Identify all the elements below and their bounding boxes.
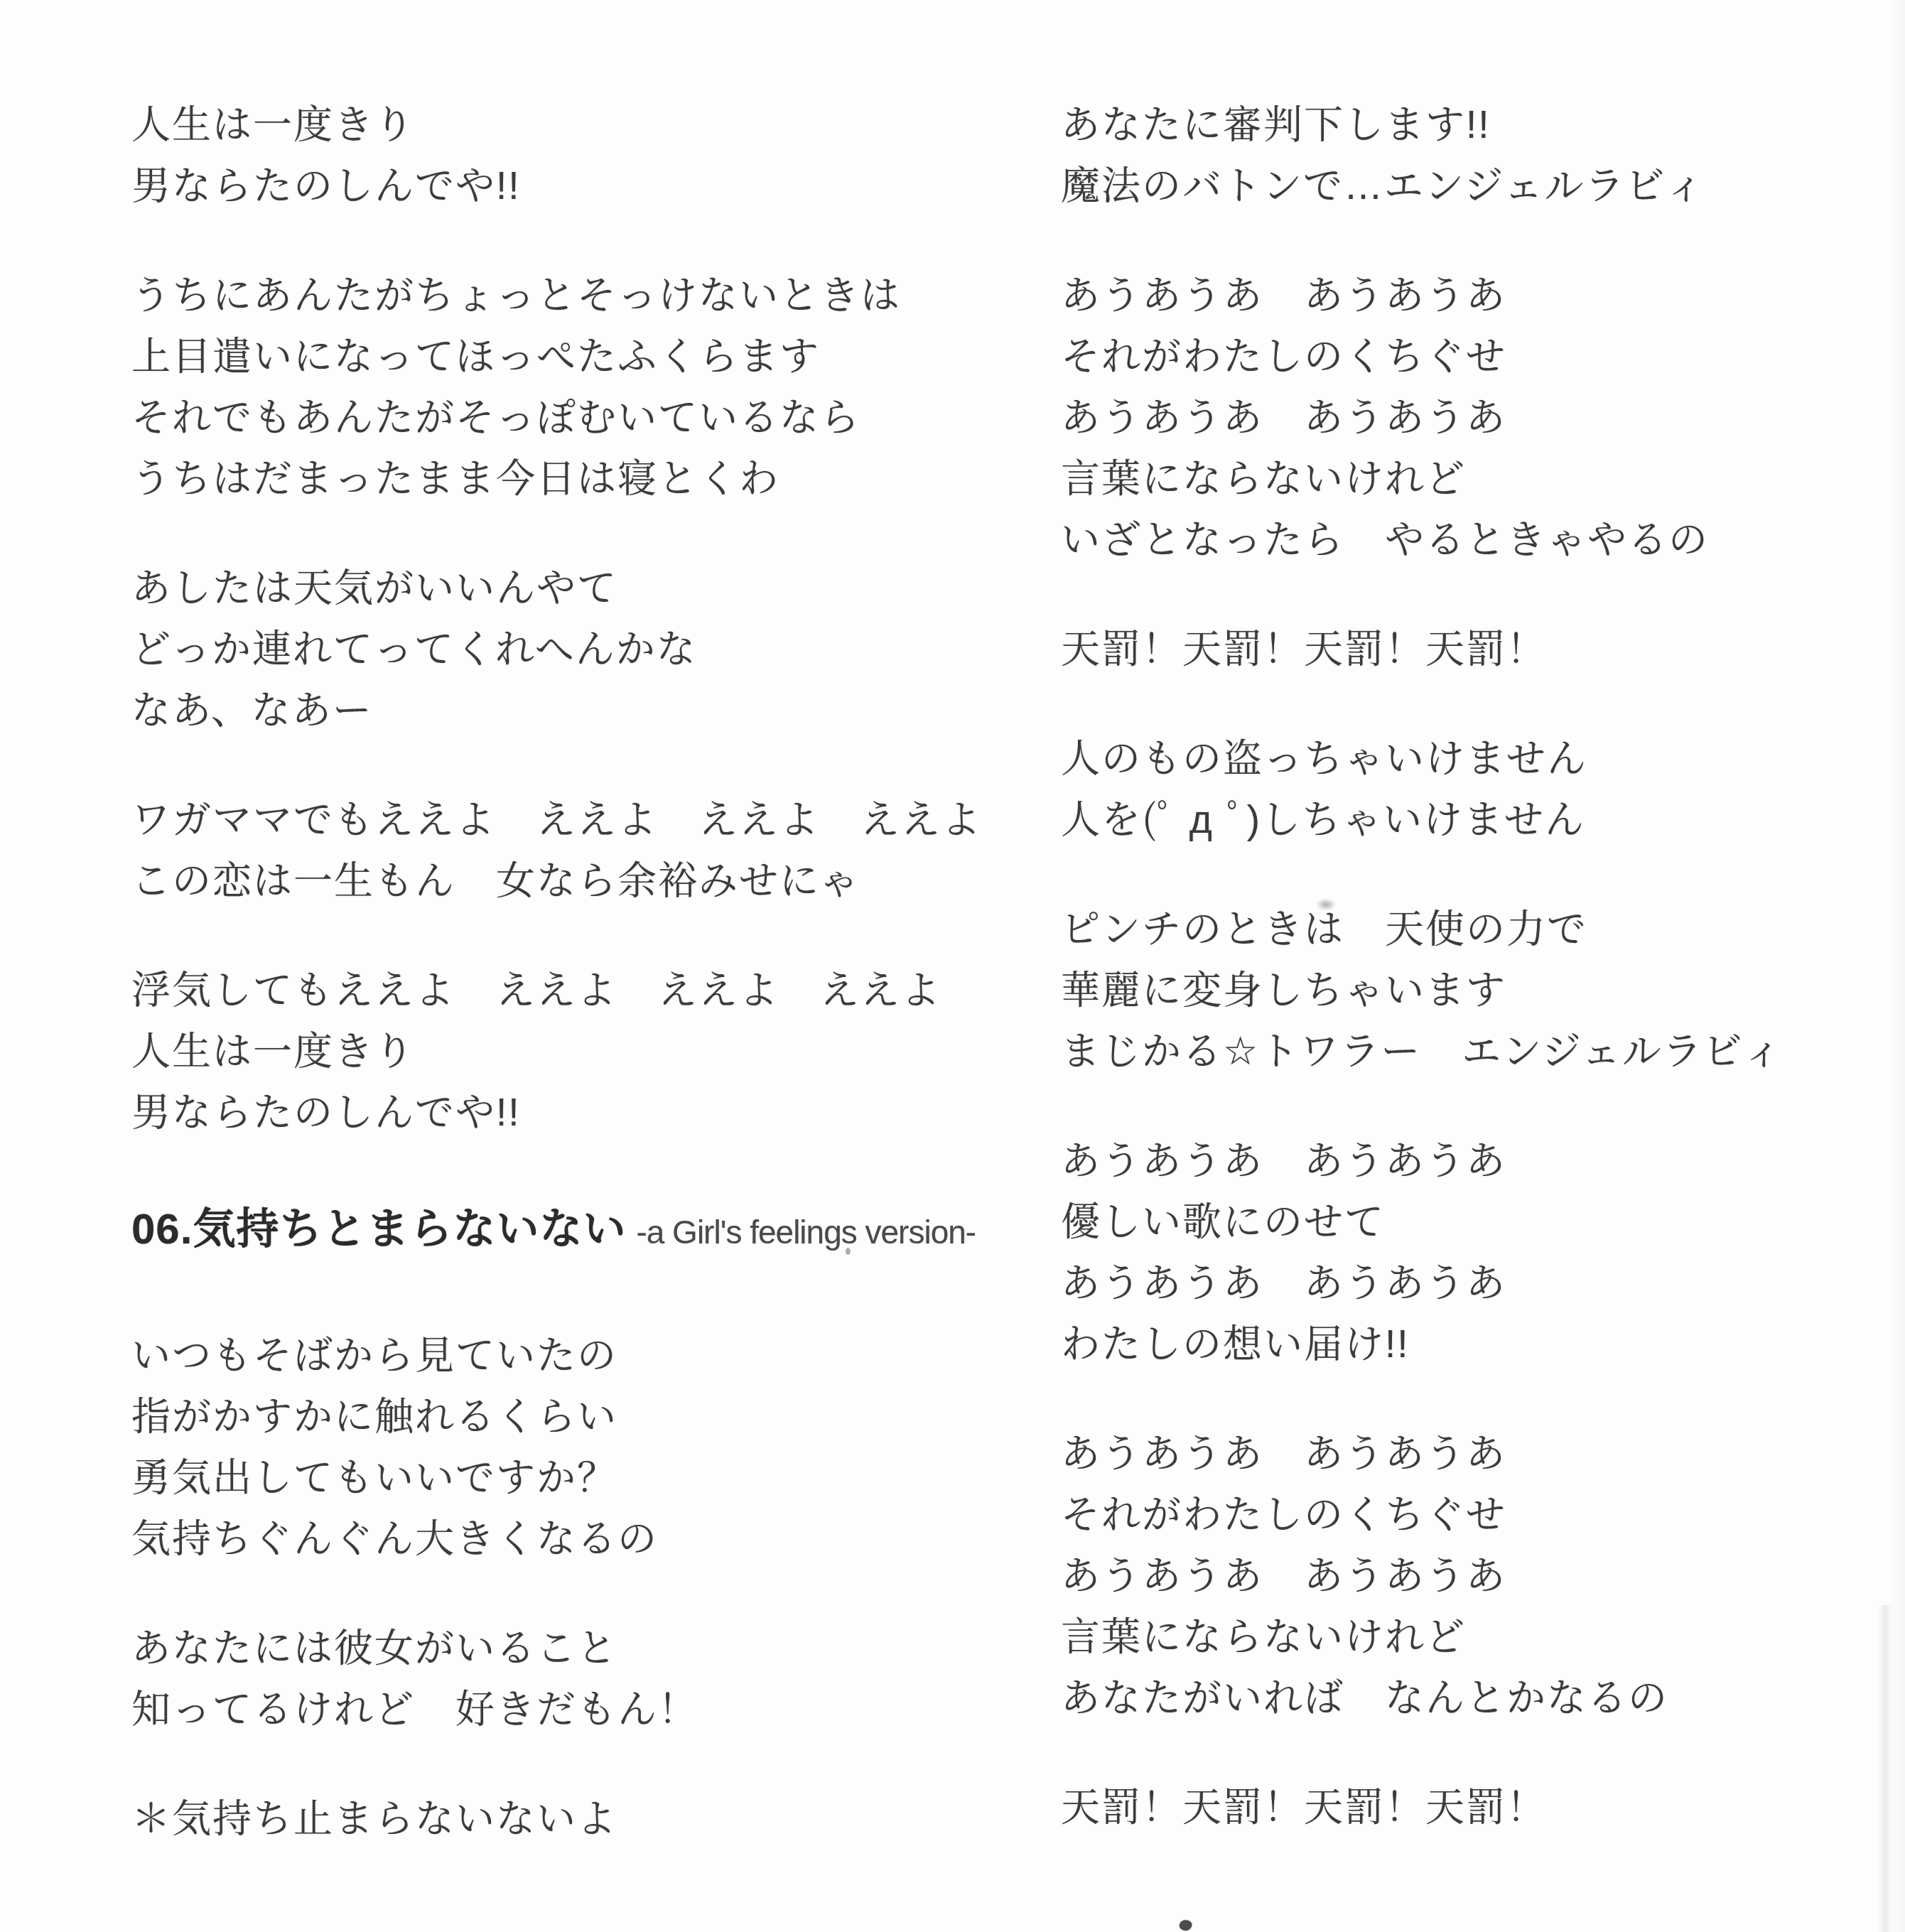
lyric-line: あうあうあ あうあうあ (1061, 1252, 1878, 1313)
track-title-version-subtitle: -a Girl's feelings version- (636, 1214, 976, 1251)
lyric-line: あうあうあ あうあうあ (1061, 264, 1878, 325)
stanza: 浮気してもええよ ええよ ええよ ええよ 人生は一度きり 男ならたのしんでや!! (131, 959, 1034, 1143)
lyric-line: ワガママでもええよ ええよ ええよ ええよ (131, 789, 1034, 850)
lyric-line: 男ならたのしんでや!! (131, 155, 1034, 216)
stanza: あうあうあ あうあうあ それがわたしのくちぐせ あうあうあ あうあうあ 言葉にな… (1061, 264, 1878, 570)
lyric-line: 指がかすかに触れるくらい (131, 1386, 1034, 1447)
lyric-line: うちはだまったまま今日は寝とくわ (131, 448, 1034, 509)
stanza: いつもそばから見ていたの 指がかすかに触れるくらい 勇気出してもいいですか？ 気… (131, 1324, 1034, 1569)
lyric-line: この恋は一生もん 女なら余裕みせにゃ (131, 850, 1034, 911)
lyric-line: 勇気出してもいいですか？ (131, 1447, 1034, 1508)
stanza: 天罰！天罰！天罰！天罰！ (1061, 1776, 1878, 1837)
stanza: 人生は一度きり 男ならたのしんでや!! (131, 94, 1034, 216)
lyric-line: まじかる☆トワラー エンジェルラビィ (1061, 1020, 1878, 1081)
lyrics-column-left: 人生は一度きり 男ならたのしんでや!! うちにあんたがちょっとそっけないときは … (131, 94, 1034, 1897)
lyric-line: 天罰！天罰！天罰！天罰！ (1061, 1776, 1878, 1837)
lyric-line: ピンチのときは 天使の力で (1061, 898, 1878, 959)
lyric-line: それがわたしのくちぐせ (1061, 1484, 1878, 1545)
lyric-line: 男ならたのしんでや!! (131, 1081, 1034, 1143)
stanza: 人のもの盗っちゃいけません 人を(ﾟ д ﾟ)しちゃいけません (1061, 728, 1878, 850)
lyric-line: 上目遣いになってほっぺたふくらます (131, 325, 1034, 387)
lyric-line: あうあうあ あうあうあ (1061, 1130, 1878, 1191)
lyric-line: あうあうあ あうあうあ (1061, 1545, 1878, 1606)
lyric-line: あうあうあ あうあうあ (1061, 1423, 1878, 1484)
stanza: あうあうあ あうあうあ それがわたしのくちぐせ あうあうあ あうあうあ 言葉にな… (1061, 1423, 1878, 1728)
lyric-line: どっか連れてってくれへんかな (131, 618, 1034, 679)
stanza: あなたには彼女がいること 知ってるけれど 好きだもん！ (131, 1617, 1034, 1739)
track-number-title: 06.気持ちとまらないない (131, 1205, 626, 1253)
lyric-line: あなたがいれば なんとかなるの (1061, 1667, 1878, 1728)
lyric-line: それでもあんたがそっぽむいているなら (131, 387, 1034, 448)
track-title: 06.気持ちとまらないない-a Girl's feelings version- (131, 1194, 1034, 1276)
lyric-line: いざとなったら やるときゃやるの (1061, 509, 1878, 570)
lyric-line: あなたに審判下します!! (1061, 94, 1878, 155)
scan-speck (1178, 1918, 1193, 1932)
lyric-line: 気持ちぐんぐん大きくなるの (131, 1508, 1034, 1569)
lyric-line: 華麗に変身しちゃいます (1061, 959, 1878, 1020)
lyric-line: あうあうあ あうあうあ (1061, 387, 1878, 448)
lyric-line: 浮気してもええよ ええよ ええよ ええよ (131, 959, 1034, 1020)
stanza: ＊気持ち止まらないないよ (131, 1788, 1034, 1849)
lyric-line: 人のもの盗っちゃいけません (1061, 728, 1878, 789)
lyric-line: いつもそばから見ていたの (131, 1324, 1034, 1386)
lyric-line: ＊気持ち止まらないないよ (131, 1788, 1034, 1849)
scan-edge-shadow (1888, 0, 1905, 1932)
lyrics-booklet-page: 人生は一度きり 男ならたのしんでや!! うちにあんたがちょっとそっけないときは … (0, 0, 1905, 1932)
lyric-line: 人生は一度きり (131, 1020, 1034, 1081)
stanza: あしたは天気がいいんやて どっか連れてってくれへんかな なあ、なあー (131, 557, 1034, 740)
lyric-line: 言葉にならないけれど (1061, 448, 1878, 509)
lyrics-column-right: あなたに審判下します!! 魔法のバトンで…エンジェルラビィ あうあうあ あうあう… (1061, 94, 1878, 1886)
scan-speck (846, 1248, 851, 1255)
stanza: ピンチのときは 天使の力で 華麗に変身しちゃいます まじかる☆トワラー エンジェ… (1061, 898, 1878, 1081)
lyric-line: うちにあんたがちょっとそっけないときは (131, 264, 1034, 325)
lyric-line: あしたは天気がいいんやて (131, 557, 1034, 618)
stanza: 天罰！天罰！天罰！天罰！ (1061, 618, 1878, 679)
lyric-line: 言葉にならないけれど (1061, 1606, 1878, 1667)
stanza: あうあうあ あうあうあ 優しい歌にのせて あうあうあ あうあうあ わたしの想い届… (1061, 1130, 1878, 1374)
stanza: ワガママでもええよ ええよ ええよ ええよ この恋は一生もん 女なら余裕みせにゃ (131, 789, 1034, 911)
lyric-line: 魔法のバトンで…エンジェルラビィ (1061, 155, 1878, 216)
lyric-line: あなたには彼女がいること (131, 1617, 1034, 1678)
lyric-line: 人を(ﾟ д ﾟ)しちゃいけません (1061, 789, 1878, 850)
lyric-line: 知ってるけれど 好きだもん！ (131, 1678, 1034, 1739)
stanza: うちにあんたがちょっとそっけないときは 上目遣いになってほっぺたふくらます それ… (131, 264, 1034, 509)
lyric-line: 天罰！天罰！天罰！天罰！ (1061, 618, 1878, 679)
lyric-line: 人生は一度きり (131, 94, 1034, 155)
lyric-line: それがわたしのくちぐせ (1061, 325, 1878, 387)
lyric-line: なあ、なあー (131, 679, 1034, 740)
lyric-line: わたしの想い届け!! (1061, 1313, 1878, 1374)
scan-smudge (1316, 898, 1336, 911)
stanza: あなたに審判下します!! 魔法のバトンで…エンジェルラビィ (1061, 94, 1878, 216)
lyric-line: 優しい歌にのせて (1061, 1191, 1878, 1252)
